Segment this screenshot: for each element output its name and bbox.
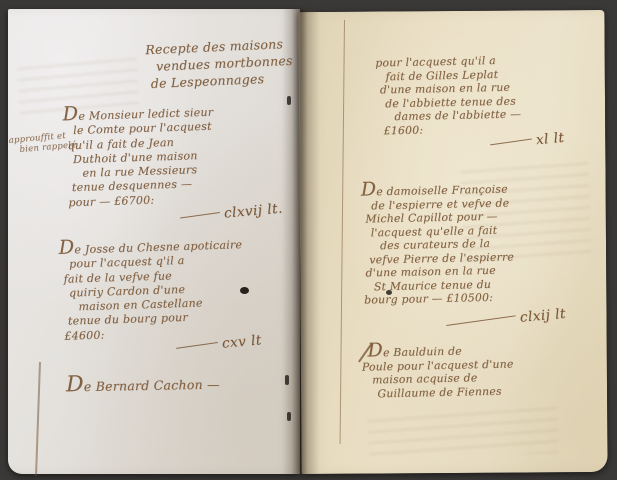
ledger-entry: De Josse du Chesne apoticaire pour l'acq… [58, 236, 245, 344]
pen-dash [180, 212, 220, 219]
pen-dash [446, 316, 516, 327]
pen-dash [176, 342, 218, 349]
amount-text: xl lt [535, 130, 565, 148]
binding-stitch [287, 96, 291, 105]
entry-line: De Bernard Cachon — [66, 376, 220, 395]
pen-dash [490, 139, 532, 146]
ink-showthrough [367, 405, 559, 460]
section-heading: Recepte des maisons vendues mortbonnes d… [145, 35, 294, 92]
manuscript-scan: Recepte des maisons vendues mortbonnes d… [0, 0, 617, 480]
ledger-entry: De Monsieur ledict sieur le Comte pour l… [62, 104, 216, 211]
binding-stitch [285, 375, 289, 385]
ledger-entry: De Baulduin de Poule pour l'acquest d'un… [367, 342, 514, 400]
binding-stitch [287, 412, 291, 421]
entry-line: dames de l'abbiette — [394, 107, 521, 123]
ledger-entry: De damoiselle Françoise de l'espierre et… [361, 181, 515, 307]
ledger-entry: De Bernard Cachon — [66, 376, 220, 395]
entry-line: Guillaume de Fiennes [377, 384, 514, 400]
ledger-entry: pour l'acquest qu'il a fait de Gilles Le… [375, 53, 521, 137]
